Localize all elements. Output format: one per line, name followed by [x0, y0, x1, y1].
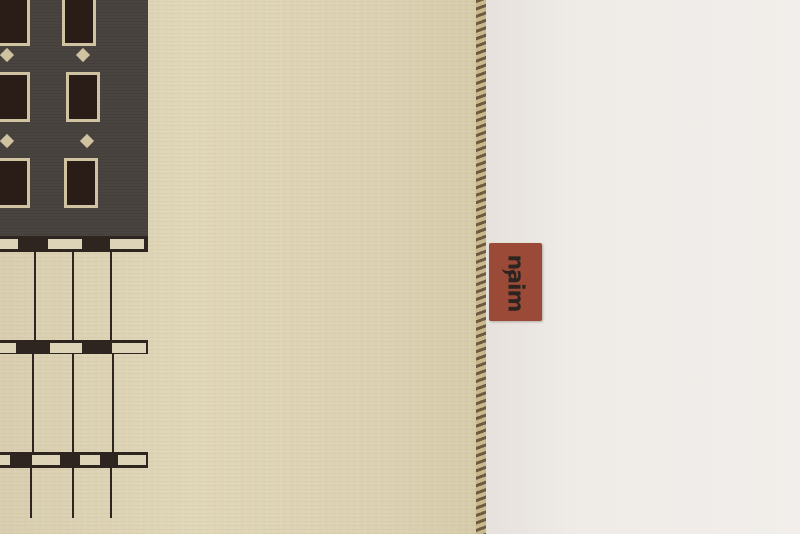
- rug-overcast-edge: [476, 0, 486, 534]
- photo-scene: naim: [0, 0, 800, 534]
- diamond: [0, 134, 14, 148]
- pattern-band: [0, 236, 148, 252]
- tree-motif: [72, 354, 74, 454]
- pattern-band: [0, 452, 148, 468]
- window: [0, 72, 30, 122]
- window: [64, 158, 98, 208]
- tree-motif: [32, 354, 34, 454]
- pattern-band: [0, 340, 148, 354]
- tree-motif: [34, 252, 36, 342]
- tree-motif: [30, 468, 32, 518]
- tree-motif: [112, 354, 114, 454]
- tree-motif: [110, 468, 112, 518]
- window: [0, 158, 30, 208]
- tree-motif: [72, 252, 74, 342]
- building-motif: [0, 0, 148, 238]
- diamond: [0, 48, 14, 62]
- rug-field: [0, 0, 484, 534]
- window: [0, 0, 30, 46]
- tree-motif: [72, 468, 74, 518]
- brand-tag: naim: [489, 243, 542, 321]
- brand-text: naim: [503, 255, 528, 312]
- window: [66, 72, 100, 122]
- window: [62, 0, 96, 46]
- tree-motif: [110, 252, 112, 342]
- diamond: [80, 134, 94, 148]
- diamond: [76, 48, 90, 62]
